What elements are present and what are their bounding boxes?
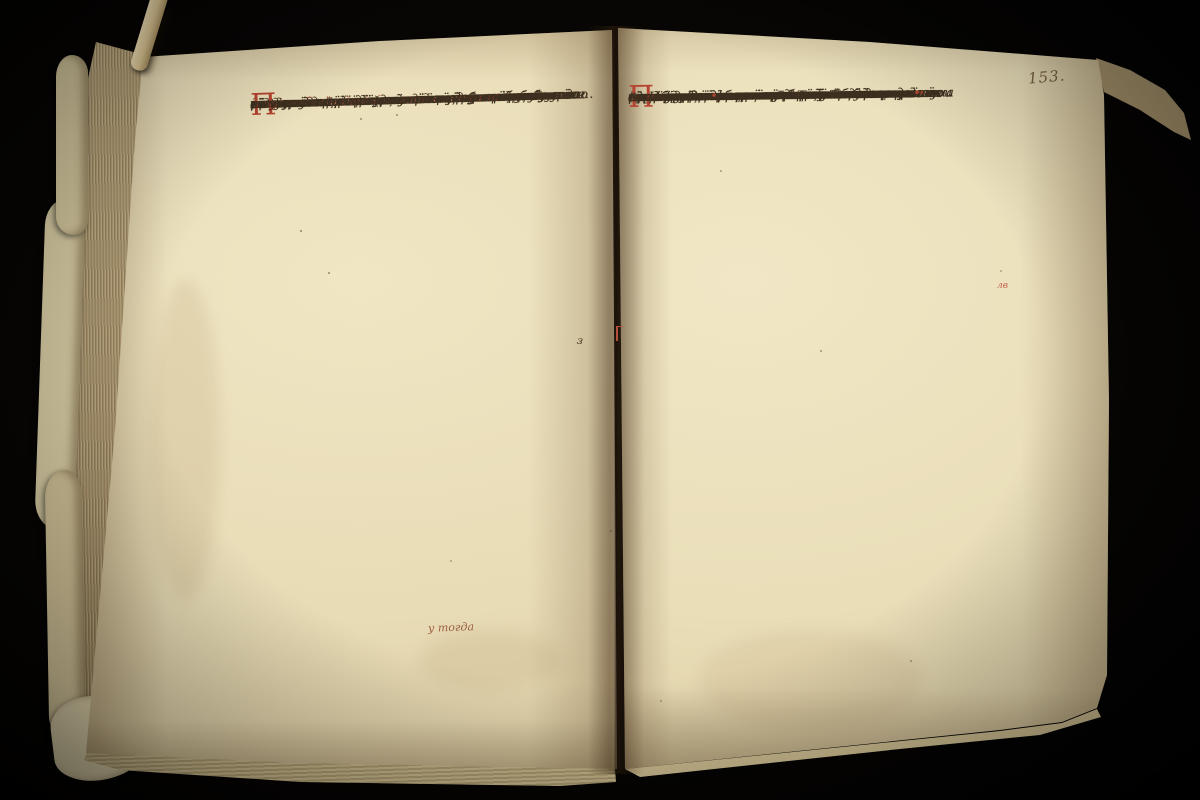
photo-vignette bbox=[0, 0, 1200, 800]
manuscript-photo: проповѣданїа павлова . ї . и єдино лѣто … bbox=[0, 0, 1200, 800]
